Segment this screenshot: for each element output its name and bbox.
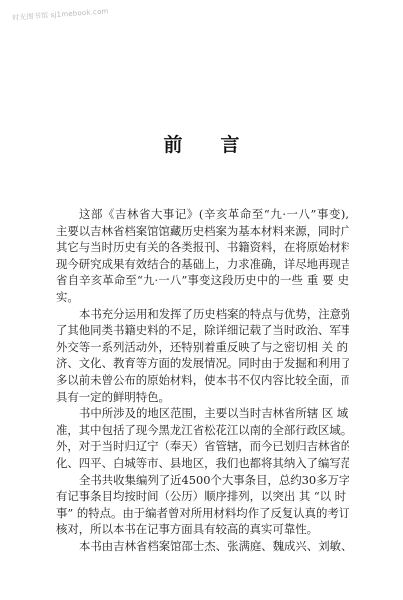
page-title: 前言 — [0, 130, 403, 157]
text-line: 主要以吉林省档案馆馆藏历史档案为基本材料来源，同时广采 — [56, 223, 349, 240]
text-line: 准，其中包括了现今黑龙江省松花江以南的全部行政区域。此 — [56, 422, 349, 439]
text-line: 这部《吉林省大事记》(辛亥革命至“九·一八”事变), — [56, 206, 349, 223]
text-line: 化、四平、白城等市、县地区，我们也都将其纳入了编写范围。 — [56, 455, 349, 472]
watermark: 时光图书馆 sj1mebook.com — [12, 6, 109, 23]
title-char-1: 前 — [163, 130, 182, 157]
text-line: 书中所涉及的地区范围，主要以当时吉林省所辖 区 域 为 — [56, 405, 349, 422]
text-line: 有记事条目均按时间（公历）顺序排列，以突出 其 “以 时 系 — [56, 488, 349, 505]
text-line: 实。 — [56, 289, 349, 306]
text-line: 其它与当时历史有关的各类报刊、书籍资料，在将原始材料与 — [56, 239, 349, 256]
text-line: 本书充分运用和发挥了历史档案的特点与优势，注意弥补 — [56, 306, 349, 323]
text-line: 了其他同类书籍史料的不足，除详细记载了当时政治、军事、 — [56, 322, 349, 339]
text-line: 现今研究成果有效结合的基础上，力求准确，详尽地再现吉林 — [56, 256, 349, 273]
text-line: 外交等一系列活动外，还特别着重反映了与之密切相 关 的 经 — [56, 339, 349, 356]
title-char-2: 言 — [221, 130, 240, 157]
text-line: 多以前未曾公布的原始材料，使本书不仅内容比较全面，而且 — [56, 372, 349, 389]
text-line: 全书共收集编列了近4500个大事条目，总约30多万字。所 — [56, 472, 349, 489]
preface-body: 这部《吉林省大事记》(辛亥革命至“九·一八”事变), 主要以吉林省档案馆馆藏历史… — [56, 206, 349, 554]
text-line: 具有一定的鲜明特色。 — [56, 389, 349, 406]
text-line: 外，对于当时归辽宁（奉天）省管辖，而今已划归吉林省的通 — [56, 438, 349, 455]
text-line: 济、文化、教育等方面的发展情况。同时由于发掘和利用了许 — [56, 355, 349, 372]
text-line: 事” 的特点。由于编者曾对所用材料均作了反复认真的考订与 — [56, 505, 349, 522]
text-line: 核对，所以本书在记事方面具有较高的真实可靠性。 — [56, 521, 349, 538]
text-line: 本书由吉林省档案馆邵士杰、张满庭、魏成兴、刘敏、棠 — [56, 538, 349, 555]
text-line: 省自辛亥革命至“九·一八”事变这段历史中的一些 重 要 史 — [56, 272, 349, 289]
